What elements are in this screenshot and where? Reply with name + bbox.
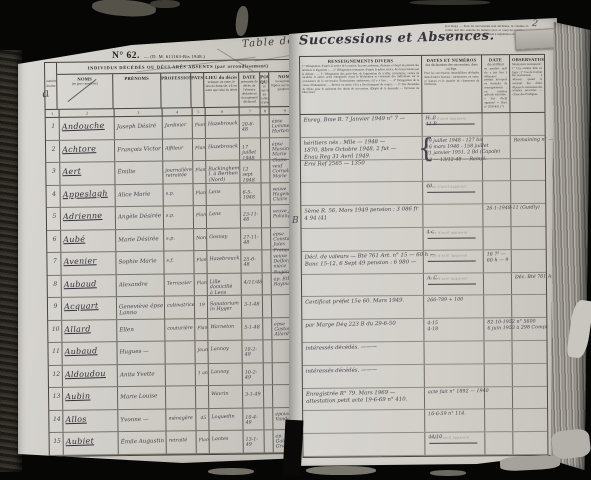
- cell-lieu: Hazebrouck: [205, 116, 240, 138]
- column-title: POUR QUOI: [260, 74, 268, 84]
- cell-date: 3-1-48: [242, 295, 263, 317]
- annotation-row: héritiers nés : Mlle — 1948 — 1870, 8bre…: [301, 136, 545, 161]
- cell-num: 8: [48, 275, 62, 297]
- handwritten-num: 5: [47, 208, 60, 221]
- handwritten-pays: 45: [196, 409, 208, 422]
- cell-dates: {29 juillet 1948 - 127 bis 16 mars 1946 …: [423, 136, 483, 158]
- handwritten-renseignements: Certificat préfet 15e 60. Mars 1949.: [302, 295, 423, 307]
- cell-nom: Aubé: [61, 230, 117, 252]
- cell-num: 9: [48, 298, 62, 320]
- handwritten-profession: Jardinier: [163, 116, 192, 129]
- cell-lieu: Hazebrouck: [207, 251, 242, 273]
- cell-observations: [511, 158, 545, 180]
- handwritten-dates: 4 c: [423, 227, 482, 237]
- cell-q: [264, 408, 273, 430]
- page-number-mark: 2: [531, 19, 538, 30]
- handwritten-prenoms: Ellen: [118, 319, 165, 333]
- cell-pays: Nord: [194, 229, 207, 251]
- cell-prenoms: Émilie: [116, 162, 164, 184]
- column-header-date: DATEprésumée du décès, de l'absence décl…: [239, 72, 260, 106]
- handwritten-prenoms: Marie Louise: [118, 387, 165, 401]
- table-row: 14AllosYvonne —ménagère45Loquedin10-4-49…: [49, 407, 303, 433]
- paper-scrap: [150, 0, 180, 8]
- handwritten-renseignements: Décl. de valeurs — Bté 761 Art. n° 15 — …: [302, 250, 423, 269]
- table-body: 1AndoucheJoseph DésiréJardinierFlamHazeb…: [46, 115, 304, 456]
- table-row: 8AubaudAlexandreTerrassierFlamLille domi…: [48, 272, 302, 298]
- cell-renseignements: Décl. de valeurs — Bté 761 Art. n° 15 — …: [302, 251, 424, 274]
- cell-date: 12 sept 1948: [241, 160, 262, 182]
- cell-lieu: Gosnay: [207, 228, 242, 250]
- cell-observations: Remaining n° — 57: [511, 136, 545, 158]
- handwritten-dates: 4-15 4-18: [424, 318, 483, 334]
- cell-prenoms: Geneviève épse Lanno: [117, 297, 165, 319]
- handwritten-num: 8: [48, 275, 61, 288]
- column-note: d'ordre: [45, 85, 56, 89]
- cell-certificat: 26-1-1948-11 (Guidly): [483, 204, 511, 226]
- cell-certificat: [483, 182, 511, 204]
- cell-prenoms: Ellen: [118, 319, 166, 341]
- cell-num: 15: [50, 433, 64, 455]
- table-row: 9AcquartGeneviève épse Lannocultivatrice…: [48, 295, 302, 321]
- cell-pays: Flam: [193, 184, 206, 206]
- cell-pays: Jeune: [195, 341, 208, 363]
- cell-profession: s.p.: [163, 184, 193, 206]
- table-row: 1AndoucheJoseph DésiréJardinierFlamHazeb…: [46, 115, 300, 141]
- annotation-row: intéressés décédés. ———: [303, 341, 547, 366]
- cell-renseignements: [301, 182, 423, 205]
- handwritten-pays: Flam: [194, 251, 206, 264]
- handwritten-date: 3-1-48: [242, 295, 262, 308]
- handwritten-prenoms: Anita Yvette: [118, 364, 165, 378]
- handwritten-lieu: Warneton: [208, 318, 242, 330]
- cell-dates: 266-789 + 100: [424, 296, 484, 318]
- handwritten-lieu: Lannoy: [208, 363, 242, 375]
- cell-nom: Adrienne: [61, 207, 117, 229]
- table-body: Enreg. Bme R. 7 Janvier 1949 n° 7 —Pas d…: [301, 113, 548, 457]
- crumpled-page-edge: [500, 454, 561, 471]
- cell-lieu: Lens: [207, 206, 242, 228]
- handwritten-date: 27-11-48: [242, 228, 262, 246]
- cell-renseignements: [302, 228, 424, 251]
- cell-nom: Appeslagh: [60, 185, 116, 207]
- cell-prenoms: Joseph Désiré: [115, 117, 163, 139]
- successions-table: RENSEIGNEMENTS DIVERS1° Désignation, d'a…: [299, 54, 548, 458]
- column-note: 1° Désignation, d'après la notice de la …: [302, 64, 419, 95]
- handwritten-nom: Allos: [63, 409, 118, 425]
- cell-lieu: Lannoy: [208, 363, 243, 385]
- handwritten-nom: Aubin: [63, 387, 118, 403]
- column-title: PRÉNOMS: [113, 76, 160, 82]
- annotation-row: Certificat préfet 15e 60. Mars 1949.266-…: [302, 295, 546, 320]
- cell-renseignements: intéressés décédés. ———: [303, 342, 425, 365]
- handwritten-pays: Flam: [193, 139, 205, 152]
- cell-q: [264, 385, 273, 407]
- handwritten-prenoms: Alexandre: [117, 274, 164, 288]
- cell-profession: s.p.: [164, 206, 194, 228]
- handwritten-nom: Allard: [62, 319, 117, 335]
- cell-num: 12: [49, 365, 63, 387]
- table-header: numéro d'ordre INDIVIDUS DÉCÉDÉS OU DÉCL…: [45, 60, 300, 110]
- cell-nom: Aubiet: [63, 432, 119, 454]
- table-row: 2AchtoreFrançois VictorAffileurFlamHazeb…: [46, 137, 300, 163]
- handwritten-prenoms: Joseph Désiré: [115, 117, 162, 131]
- column-header-certificat: DATEdu certificatou mention qu'il n'y a …: [482, 55, 510, 112]
- cell-profession: [166, 386, 196, 408]
- cell-pays: Flam: [193, 161, 206, 183]
- handwritten-rule-line: [428, 237, 476, 238]
- cell-prenoms: Angèle Désirée: [116, 207, 164, 229]
- cell-lieu: Wavrin: [209, 386, 244, 408]
- cell-observations: [513, 364, 547, 386]
- handwritten-num: 1: [46, 118, 59, 131]
- handwritten-pays: Jeune: [195, 341, 207, 354]
- annotation-row: Décl. de valeurs — Bté 761 Art. n° 15 — …: [302, 250, 546, 275]
- handwritten-profession: s.p.: [163, 184, 192, 197]
- handwritten-num: 3: [46, 163, 59, 176]
- handwritten-num: 13: [49, 388, 62, 401]
- cell-num: 7: [47, 253, 61, 275]
- handwritten-rule-line: [429, 443, 477, 444]
- cell-observations: [512, 295, 546, 317]
- handwritten-date: 10-2-49: [243, 363, 263, 381]
- handwritten-num: 10: [48, 320, 61, 333]
- paper-scrap: [430, 470, 466, 476]
- cell-num: 11: [48, 343, 62, 365]
- cell-pays: Flam: [194, 206, 207, 228]
- handwritten-renseignements: intéressés décédés. ———: [303, 364, 424, 376]
- cell-num: 1: [46, 118, 60, 140]
- cell-prenoms: Émile Augustin: [119, 432, 167, 454]
- handwritten-prenoms: Alice Marie: [116, 184, 163, 198]
- form-reference: — (D. M. 611163-Bis 1948.): [144, 54, 205, 59]
- handwritten-lieu: Lille domicilié à Lens: [207, 273, 241, 295]
- handwritten-certificat: 16 7² — 60 h — 9: [484, 250, 511, 265]
- handwritten-observations: Déc. Bté 761 Art n° 78 —: [512, 272, 546, 281]
- table-row: 4AppeslaghAlice Maries.p.FlamLens6-5-194…: [47, 182, 301, 208]
- handwritten-num: 15: [50, 433, 63, 446]
- handwritten-pays: 1 an: [196, 364, 208, 377]
- gutter-shadow: [283, 420, 304, 477]
- cell-prenoms: Hugues —: [118, 342, 166, 364]
- left-page: a N° 62. — (D. M. 611163-Bis 1948.) Tabl…: [18, 34, 302, 464]
- cell-certificat: 82-10-1952 n° 5600 6 juin 1953 à 298 Com…: [484, 318, 512, 340]
- cell-pays: Flam: [194, 251, 207, 273]
- column-header-profession: PROFESSIONS: [161, 73, 191, 107]
- cell-profession: s.p.: [164, 229, 194, 251]
- cell-nom: Allos: [63, 410, 119, 432]
- cell-num: 3: [46, 163, 60, 185]
- handwritten-certificat: 82-10-1952 n° 5600 6 juin 1953 à 298 Com…: [484, 318, 511, 333]
- handwritten-dates: 16-6-59 n° 114.: [425, 409, 484, 419]
- handwritten-lieu: Gosnay: [207, 228, 241, 240]
- cell-profession: [166, 364, 196, 386]
- cell-profession: couturière: [165, 319, 195, 341]
- cell-certificat: [484, 341, 512, 363]
- cell-observations: [512, 227, 546, 249]
- column-title: PAYS: [191, 75, 203, 80]
- paper-scrap: [306, 466, 376, 475]
- handwritten-rule-line: [428, 260, 476, 261]
- cell-renseignements: Certificat préfet 15e 60. Mars 1949.: [302, 296, 424, 319]
- cell-renseignements: héritiers nés : Mlle — 1948 — 1870, 8bre…: [301, 137, 423, 160]
- cell-renseignements: intéressés décédés. ———: [303, 365, 425, 388]
- column-header-num: numéro d'ordre: [45, 63, 58, 109]
- cell-num: 2: [46, 140, 60, 162]
- cell-q: [264, 340, 273, 362]
- handwritten-prenoms: Marie Désirée: [117, 229, 164, 243]
- cell-dates: acte fait n° 1892 — 1940: [425, 387, 485, 409]
- handwritten-lieu: Hazebrouck: [205, 116, 239, 128]
- cell-lieu: Buckinghem I. à Berthen (Nord): [206, 161, 241, 183]
- handwritten-prenoms: Angèle Désirée: [116, 207, 163, 221]
- handwritten-num: 7: [47, 253, 60, 266]
- cell-observations: [511, 181, 545, 203]
- form-number-label: N° 62.: [112, 51, 140, 61]
- handwritten-lieu: Lantes: [209, 431, 243, 443]
- handwritten-renseignements: intéressés décédés. ———: [302, 341, 423, 353]
- cell-pays: Flam: [193, 116, 206, 138]
- cell-num: 14: [49, 410, 63, 432]
- handwritten-nom: Aubaud: [62, 342, 117, 358]
- table-row: 11AubaudHugues —JeuneLannoy10-2-49: [48, 340, 302, 366]
- handwritten-lieu: Hazebrouck: [206, 138, 240, 150]
- scanned-register-photo: a N° 62. — (D. M. 611163-Bis 1948.) Tabl…: [0, 0, 591, 480]
- handwritten-pays: Flam: [193, 116, 205, 129]
- handwritten-num: 6: [47, 230, 60, 243]
- cell-renseignements: 5ème R. 56, Mars 1949 pension : 3 086 fr…: [301, 205, 423, 228]
- handwritten-pays: Flam: [194, 206, 206, 219]
- cell-date: 13-1-49: [244, 430, 265, 452]
- cell-date: 10-2-49: [243, 340, 264, 362]
- handwritten-prenoms: Geneviève épse Lanno: [117, 297, 164, 317]
- cell-date: 27-11-48: [242, 228, 263, 250]
- column-header-observations: OBSERVATIONSMentionner notamment : 1° Un…: [510, 55, 544, 112]
- crumpled-page-edge: [551, 428, 591, 460]
- handwritten-nom: Appeslagh: [60, 184, 115, 200]
- paper-scrap: [208, 468, 254, 475]
- cell-prenoms: Alexandre: [117, 274, 165, 296]
- column-note: et suivre les tableaux d'absents (vol. e…: [260, 85, 268, 106]
- column-header-renseignements: RENSEIGNEMENTS DIVERS1° Désignation, d'a…: [300, 56, 422, 114]
- handwritten-date: 10-4-49: [243, 408, 263, 426]
- handwritten-date: 23-11-48: [241, 205, 261, 223]
- handwritten-prenoms: Émilie: [116, 162, 163, 176]
- cell-certificat: 16 7² — 60 h — 9: [484, 250, 512, 272]
- handwritten-num: 11: [48, 343, 61, 356]
- cell-q: [263, 295, 272, 317]
- cell-observations: [512, 250, 546, 272]
- handwritten-certificat: 26-1-1948-11 (Guidly): [483, 204, 510, 213]
- handwritten-prenoms: Yvonne —: [119, 409, 166, 423]
- cell-prenoms: Anita Yvette: [118, 364, 166, 386]
- cell-observations: [513, 409, 547, 431]
- column-note: Pour les successions immobilières déclar…: [424, 71, 479, 86]
- cell-pays: 45: [196, 409, 209, 431]
- handwritten-profession: couturière: [165, 319, 194, 332]
- handwritten-renseignements: par Marge Déq 223 B du 29-6-50: [302, 318, 423, 330]
- handwritten-date: 13-1-49: [244, 430, 264, 448]
- handwritten-renseignements: 5ème R. 56, Mars 1949 pension : 3 086 fr…: [301, 204, 422, 223]
- handwritten-renseignements: Enreg. Bme R. 7 Janvier 1949 n° 7 —: [300, 113, 421, 125]
- cell-lieu: Sanatorium in Hyger: [208, 296, 243, 318]
- table-row: 13AubinMarie LouiseWavrin3-1-49: [49, 385, 303, 411]
- cell-prenoms: François Victor: [115, 139, 163, 161]
- annotation-row: 16-6-59 n° 114.: [303, 409, 547, 434]
- cell-certificat: [483, 159, 511, 181]
- cell-profession: ménagère: [166, 409, 196, 431]
- cell-certificat: [485, 410, 513, 432]
- handwritten-pays: 19: [195, 296, 207, 309]
- handwritten-dates: H. P. 41 P.: [422, 113, 481, 129]
- table-row: 7AvenierSophie Maries.f.FlamHazebrouck25…: [47, 250, 301, 276]
- cell-profession: retraité: [167, 431, 197, 453]
- column-number: 6: [205, 108, 240, 115]
- cell-nom: Achtore: [60, 140, 116, 162]
- handwritten-nom: Aldoudou: [62, 364, 117, 380]
- handwritten-rule-line: [428, 283, 476, 284]
- cell-nom: Aldoudou: [63, 365, 119, 387]
- handwritten-lieu: Hazebrouck: [207, 251, 241, 263]
- column-header-q: POUR QUOIet suivre les tableaux d'absent…: [260, 72, 269, 106]
- cell-nom: Acquart: [62, 297, 118, 319]
- cell-lieu: Loquedin: [209, 408, 244, 430]
- cell-dates: Pas d'actif apparent40: [423, 182, 483, 204]
- cell-prenoms: Marie Louise: [118, 387, 166, 409]
- handwritten-nom: Aert: [60, 162, 115, 178]
- handwritten-profession: cultivatrice: [165, 296, 194, 309]
- cell-date: 17 juillet 1948: [240, 138, 261, 160]
- cell-dates: [423, 205, 483, 227]
- cell-profession: Terrassier: [165, 274, 195, 296]
- cell-prenoms: Yvonne —: [119, 409, 167, 431]
- handwritten-date: 5-1-48: [243, 318, 263, 331]
- cell-pays: 19: [195, 296, 208, 318]
- cell-renseignements: [303, 410, 425, 433]
- cell-renseignements: [303, 433, 425, 456]
- annotation-row: Enregistrée R° 79. Mars 1969 — attestati…: [303, 386, 547, 411]
- cell-nom: Aubaud: [61, 275, 117, 297]
- cell-dates: [425, 364, 485, 386]
- paper-fold-peak: [234, 5, 249, 36]
- cell-observations: Déc. Bté 761 Art n° 78 —: [512, 272, 546, 294]
- cell-dates: Pas d'actif apparent44/10: [425, 433, 485, 455]
- cell-observations: [513, 386, 547, 408]
- cell-dates: [424, 341, 484, 363]
- cell-q: [262, 183, 271, 205]
- handwritten-nom: Aubaud: [61, 274, 116, 290]
- handwritten-renseignements: héritiers nés : Mlle — 1948 — 1870, 8bre…: [301, 136, 423, 169]
- handwritten-dates: 29 juillet 1948 - 127 bis 16 mars 1946 -…: [423, 136, 483, 164]
- handwritten-date: 10-2-49: [243, 340, 263, 358]
- cell-certificat: [485, 364, 513, 386]
- column-note: ou mention qu'il n'y a pas lieu à délivr…: [484, 67, 507, 108]
- column-header-dates: DATES ET NUMÉROSdes déclarations des suc…: [422, 55, 482, 113]
- column-note: indiquer, en outre, le lieu du domicile,…: [204, 81, 238, 93]
- cell-num: 5: [47, 208, 61, 230]
- cell-certificat: [484, 296, 512, 318]
- handwritten-nom: Andouche: [59, 117, 114, 133]
- column-number: 7: [240, 107, 261, 114]
- cell-num: 13: [49, 388, 63, 410]
- table-row: 10AllardEllencouturièreFlamWarneton5-1-4…: [48, 317, 302, 343]
- handwritten-lieu: Sanatorium in Hyger: [208, 296, 242, 314]
- cell-renseignements: [302, 273, 424, 296]
- handwritten-date: 20-6-48: [240, 115, 260, 133]
- cell-q: [264, 363, 273, 385]
- cell-profession: [166, 341, 196, 363]
- paper-scrap: [92, 0, 157, 18]
- cell-date: 20-6-48: [240, 115, 261, 137]
- column-number: 4: [163, 108, 193, 115]
- cell-pays: Flam: [195, 319, 208, 341]
- handwritten-date: 6-5-1948: [241, 183, 261, 201]
- handwritten-lieu: Loquedin: [209, 408, 243, 420]
- column-header-pays: PAYS: [191, 73, 204, 107]
- cell-date: 3-1-49: [243, 385, 264, 407]
- cell-nom: Aubin: [63, 387, 119, 409]
- handwritten-nom: Achtore: [60, 139, 115, 155]
- cell-pays: Flam: [196, 431, 209, 453]
- cell-nom: Aubaud: [62, 342, 118, 364]
- column-note: présumée du décès, de l'absence déclarée…: [239, 80, 259, 104]
- column-number: 5: [192, 108, 205, 115]
- column-header-lieu: LIEU du décèsindiquer, en outre, le lieu…: [204, 73, 239, 107]
- cell-lieu: Lantes: [209, 431, 244, 453]
- handwritten-prenoms: François Victor: [115, 139, 162, 153]
- cell-renseignements: Enreg. Bme R. 7 Janvier 1949 n° 7 —: [301, 114, 423, 137]
- table-header: RENSEIGNEMENTS DIVERS1° Désignation, d'a…: [300, 55, 544, 115]
- cell-profession: journalière retraitée: [163, 161, 193, 183]
- handwritten-lieu: Lens: [206, 183, 240, 195]
- handwritten-date: 4/11/48: [242, 273, 262, 286]
- cell-dates: 16-6-59 n° 114.: [425, 410, 485, 432]
- cell-lieu: Hazebrouck: [206, 138, 241, 160]
- table-row: 5AdrienneAngèle Désirées.p.FlamLens23-11…: [47, 205, 301, 231]
- column-header-nom: NOMS(en gros caractères): [57, 74, 113, 109]
- handwritten-renseignements: Enregistrée R° 79. Mars 1969 — attestati…: [303, 387, 424, 406]
- handwritten-dates: 266-789 + 100: [424, 295, 483, 305]
- cell-lieu: Lens: [206, 183, 241, 205]
- handwritten-date: 17 juillet 1948: [240, 138, 260, 160]
- annotation-row: par Marge Déq 223 B du 29-6-504-15 4-188…: [302, 318, 546, 343]
- cell-profession: Jardinier: [163, 116, 193, 138]
- handwritten-num: 14: [49, 410, 62, 423]
- table-row: 3AertÉmiliejournalière retraitéeFlamBuck…: [46, 160, 300, 186]
- handwritten-date: 25-6-48: [242, 250, 262, 268]
- cell-lieu: Lannoy: [208, 341, 243, 363]
- column-number: 2: [59, 109, 115, 117]
- handwritten-date: 3-1-49: [243, 385, 263, 398]
- column-title: PROFESSIONS: [161, 75, 190, 80]
- cell-dates: Pas d'actif apparent4 c: [424, 227, 484, 249]
- column-number: 3: [115, 109, 163, 117]
- column-note: Mentionner notamment : 1° Une somme fait…: [512, 63, 542, 97]
- handwritten-lieu: Lens: [207, 206, 241, 218]
- cell-nom: Allard: [62, 320, 118, 342]
- handwritten-profession: s.p.: [164, 206, 193, 219]
- cell-num: 6: [47, 230, 61, 252]
- handwritten-dates: A. C.: [424, 273, 483, 283]
- handwritten-rule-line: [427, 192, 475, 193]
- deaths-register-table: numéro d'ordre INDIVIDUS DÉCÉDÉS OU DÉCL…: [44, 59, 305, 457]
- cell-lieu: Warneton: [208, 318, 243, 340]
- cell-nom: Andouche: [60, 117, 116, 139]
- cell-dates: Pas d'actif apparentA. C.: [424, 273, 484, 295]
- handwritten-profession: journalière retraitée: [163, 161, 192, 179]
- handwritten-nom: Acquart: [62, 297, 117, 313]
- cell-date: 5-1-48: [243, 318, 264, 340]
- cell-pays: Flam: [193, 139, 206, 161]
